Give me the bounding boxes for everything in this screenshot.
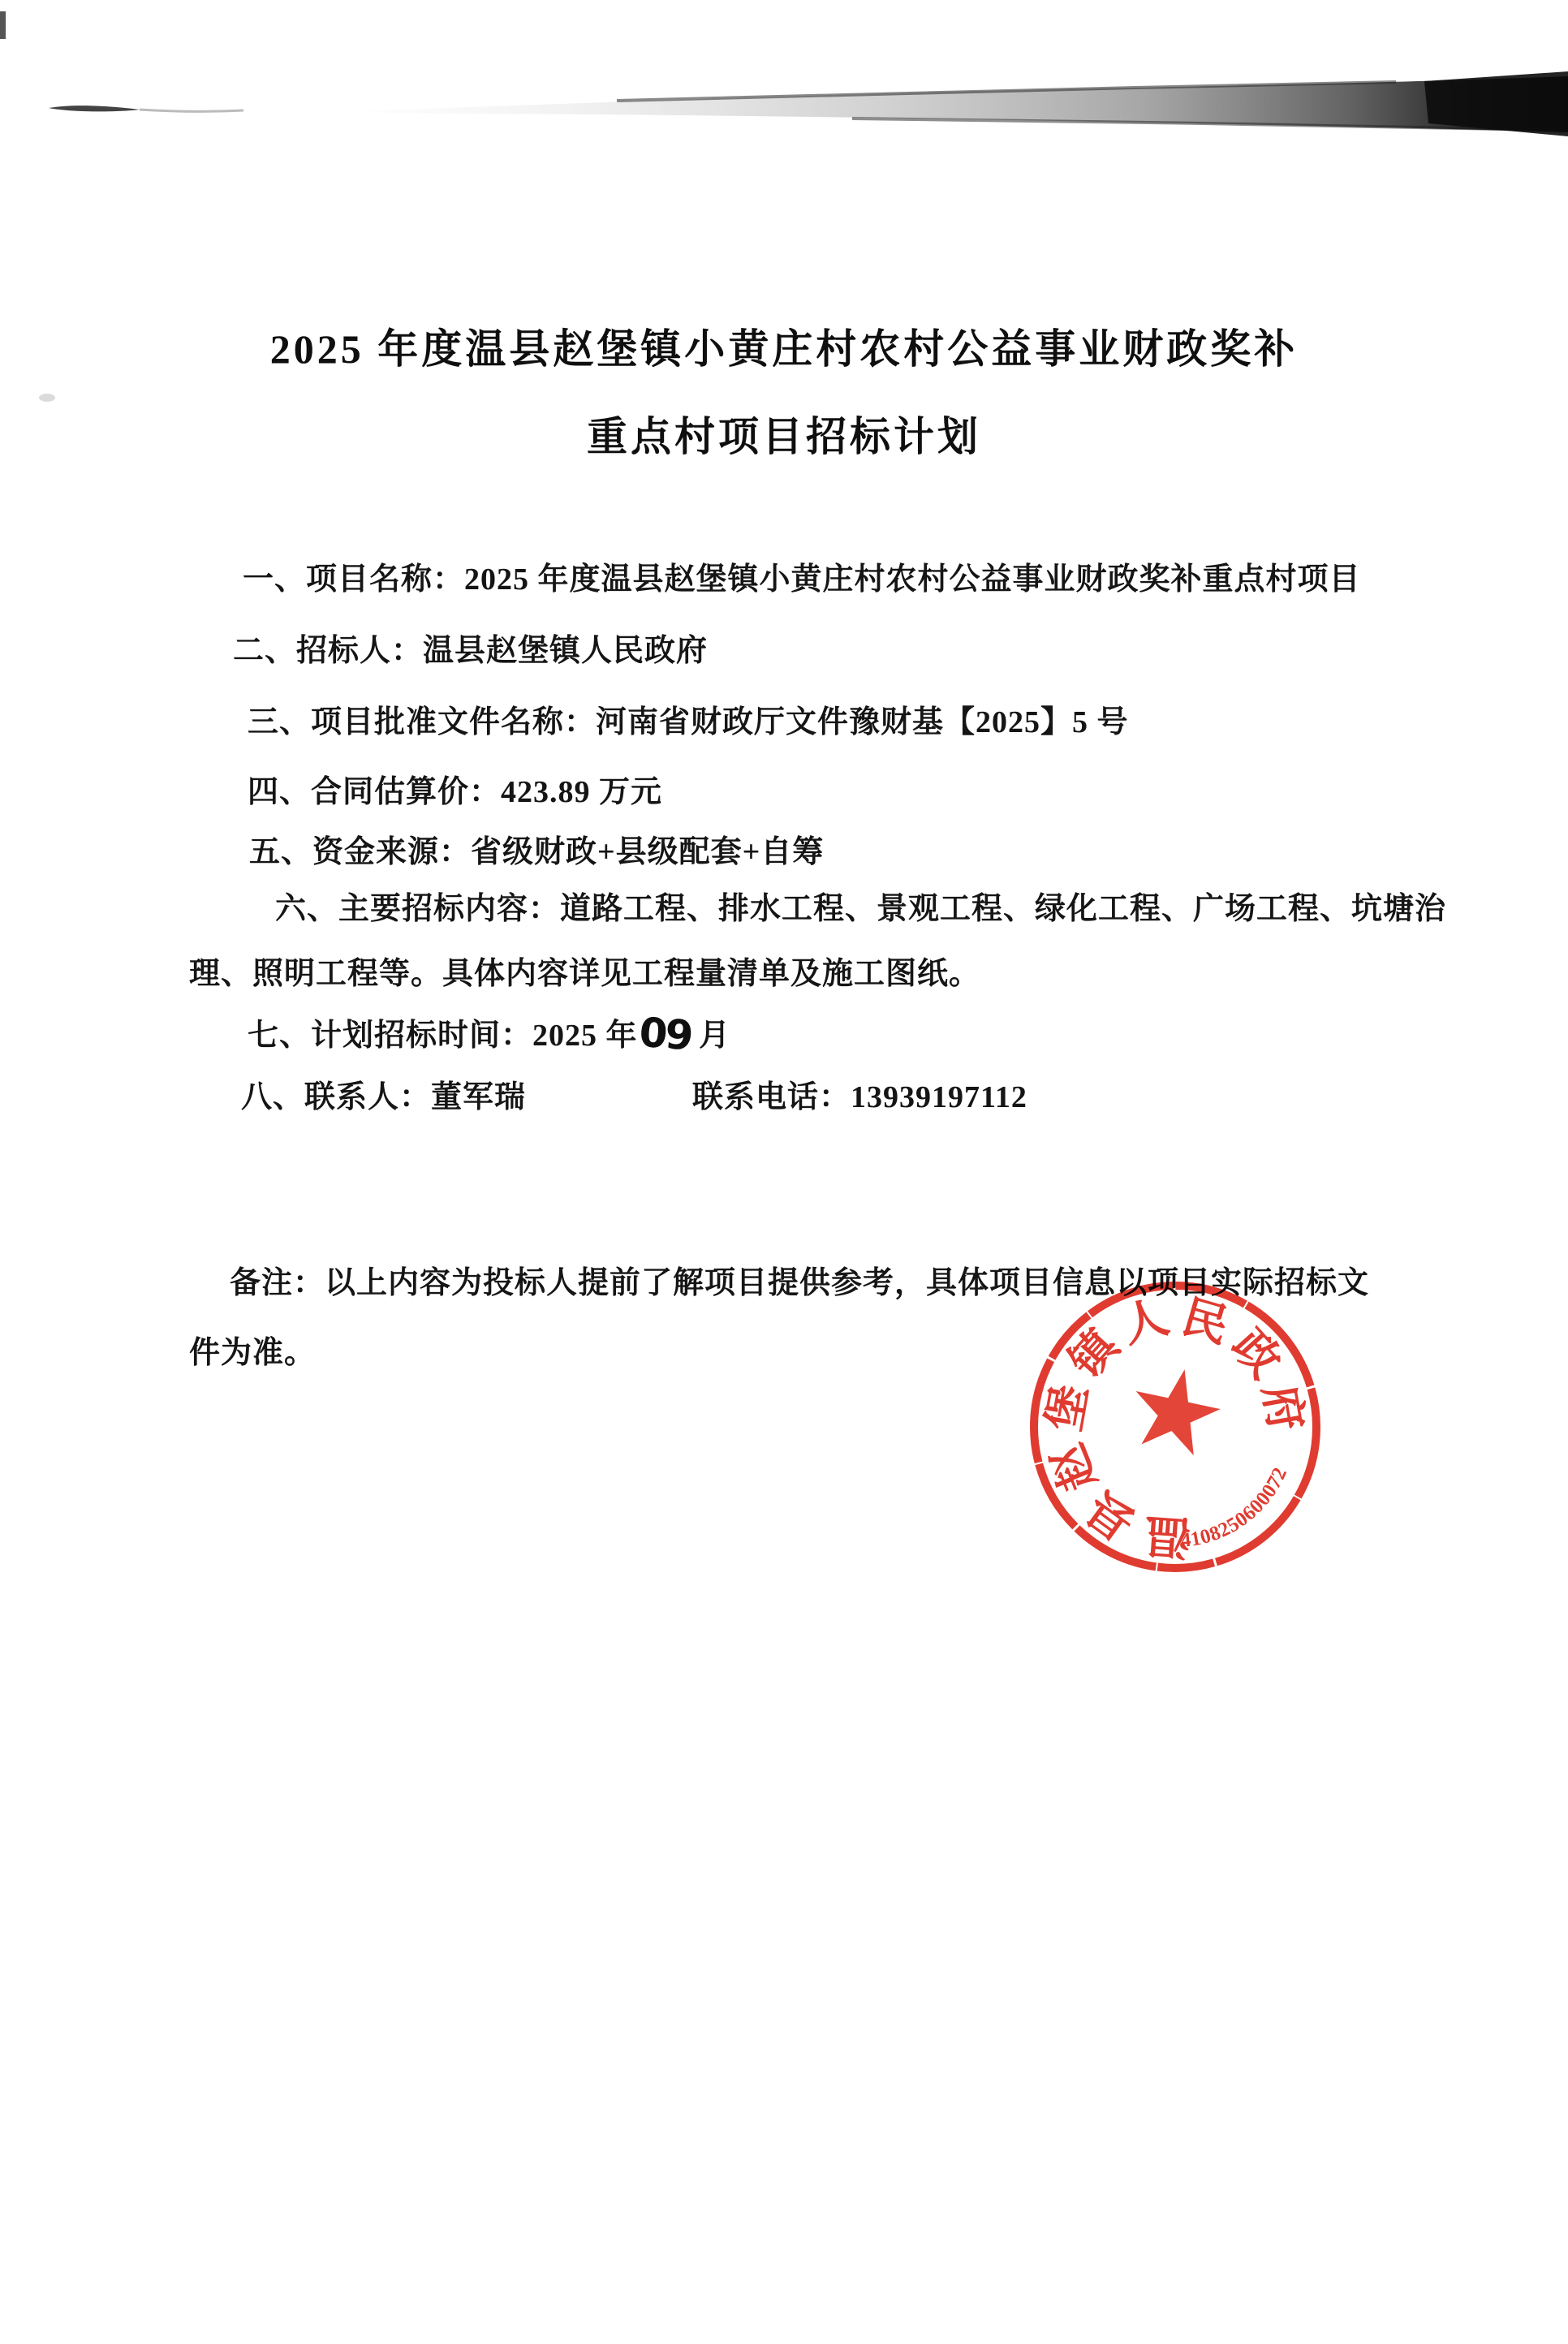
scan-edge-mark: [0, 11, 6, 39]
bid-item-contract-price: 四、合同估算价：423.89 万元: [248, 766, 662, 811]
bid-item-tenderer: 二、招标人：温县赵堡镇人民政府: [233, 625, 708, 670]
bid-item-contact: 八、联系人：董军瑞联系电话：13939197112: [241, 1071, 1027, 1116]
bid-item-project-name: 一、项目名称：2025 年度温县赵堡镇小黄庄村农村公益事业财政奖补重点村项目: [243, 554, 1361, 598]
bid-item-approval-doc: 三、项目批准文件名称：河南省财政厅文件豫财基【2025】5 号: [248, 696, 1129, 741]
seal-org-char: 县: [1078, 1481, 1144, 1549]
planned-time-prefix: 七、计划招标时间：2025 年: [248, 1019, 638, 1053]
remark-note: 备注：以上内容为投标人提前了解项目提供参考，具体项目信息以项目实际招标文件为准。: [189, 1248, 1390, 1388]
contact-person: 八、联系人：董军瑞: [241, 1080, 526, 1114]
handwritten-month: 09: [637, 1009, 691, 1059]
seal-org-char: 堡: [1040, 1381, 1097, 1435]
seal-org-char: 赵: [1043, 1437, 1106, 1498]
document-title-line1: 2025 年度温县赵堡镇小黄庄村农村公益事业财政奖补: [0, 317, 1568, 375]
document-title-line2: 重点村项目招标计划: [0, 404, 1568, 463]
planned-time-suffix: 月: [699, 1019, 730, 1053]
seal-org-char: 温: [1144, 1509, 1192, 1562]
scanned-document-page: 2025 年度温县赵堡镇小黄庄村农村公益事业财政奖补 重点村项目招标计划 一、项…: [0, 0, 1568, 2344]
bid-item-funding-source: 五、资金来源：省级财政+县级配套+自筹: [249, 826, 824, 871]
bid-item-planned-time: 七、计划招标时间：2025 年09月: [248, 1008, 730, 1055]
contact-phone: 联系电话：13939197112: [692, 1080, 1027, 1114]
scan-smudge-artifact: [0, 0, 1568, 179]
bid-item-main-content: 六、主要招标内容：道路工程、排水工程、景观工程、绿化工程、广场工程、坑塘治理、照…: [189, 877, 1455, 1006]
svg-text:4108250600072: 4108250600072: [1180, 1464, 1292, 1552]
seal-org-char: 府: [1254, 1381, 1312, 1435]
seal-number: 4108250600072: [1180, 1464, 1292, 1552]
